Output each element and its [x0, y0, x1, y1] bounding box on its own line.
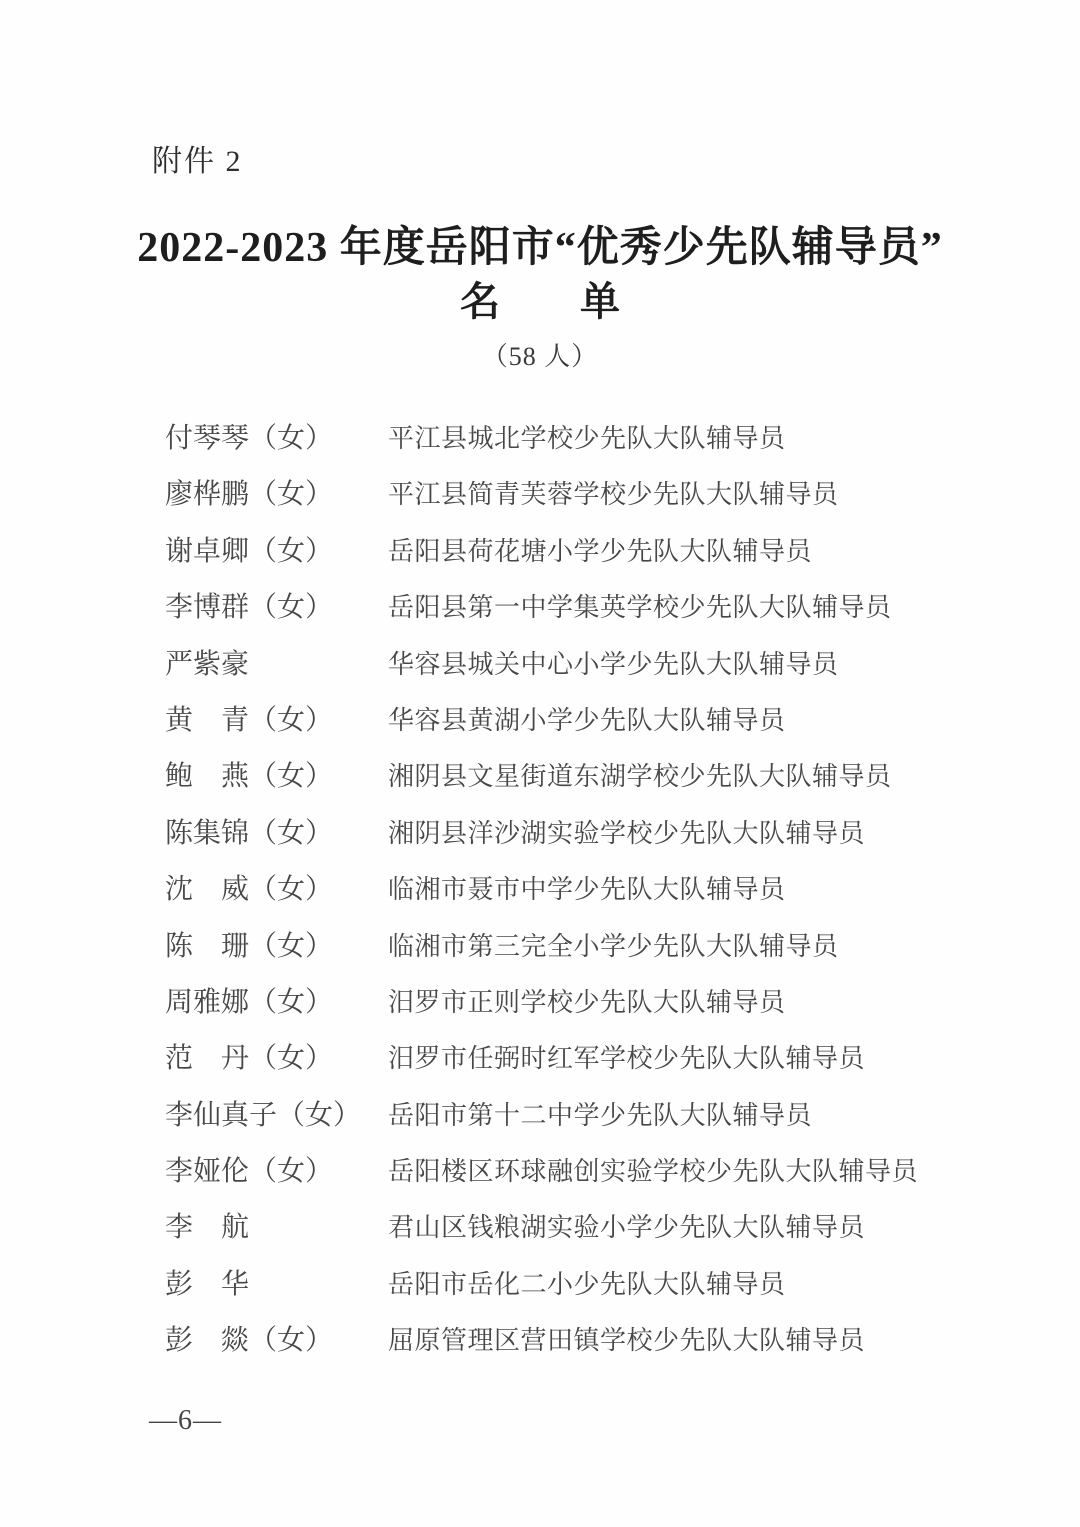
person-role: 汨罗市任弼时红军学校少先队大队辅导员 [388, 1031, 865, 1087]
list-item: 付琴琴（女）平江县城北学校少先队大队辅导员 [165, 411, 1040, 467]
document-page: 附件 2 2022-2023 年度岳阳市“优秀少先队辅导员” 名 单 （58 人… [0, 0, 1080, 1527]
person-name: 严紫豪 [165, 637, 388, 693]
list-item: 周雅娜（女）汨罗市正则学校少先队大队辅导员 [165, 975, 1040, 1031]
person-name: 李娅伦（女） [165, 1144, 388, 1200]
list-item: 陈集锦（女）湘阴县洋沙湖实验学校少先队大队辅导员 [165, 806, 1040, 862]
person-role: 华容县城关中心小学少先队大队辅导员 [388, 637, 839, 693]
person-name: 李仙真子（女） [165, 1088, 388, 1144]
list-item: 陈 珊（女）临湘市第三完全小学少先队大队辅导员 [165, 919, 1040, 975]
person-name: 范 丹（女） [165, 1031, 388, 1087]
roster-list: 付琴琴（女）平江县城北学校少先队大队辅导员廖桦鹏（女）平江县简青芙蓉学校少先队大… [165, 411, 1040, 1370]
person-role: 临湘市聂市中学少先队大队辅导员 [388, 862, 786, 918]
person-role: 岳阳县荷花塘小学少先队大队辅导员 [388, 524, 812, 580]
headcount-subtitle: （58 人） [0, 336, 1080, 373]
person-name: 廖桦鹏（女） [165, 467, 388, 523]
list-item: 李博群（女）岳阳县第一中学集英学校少先队大队辅导员 [165, 580, 1040, 636]
person-name: 鲍 燕（女） [165, 749, 388, 805]
person-role: 岳阳市第十二中学少先队大队辅导员 [388, 1088, 812, 1144]
person-name: 付琴琴（女） [165, 411, 388, 467]
person-name: 彭 华 [165, 1257, 388, 1313]
person-name: 陈集锦（女） [165, 806, 388, 862]
person-role: 临湘市第三完全小学少先队大队辅导员 [388, 919, 839, 975]
page-number: —6— [149, 1405, 222, 1437]
document-title: 2022-2023 年度岳阳市“优秀少先队辅导员” [0, 214, 1080, 274]
list-item: 严紫豪华容县城关中心小学少先队大队辅导员 [165, 637, 1040, 693]
list-item: 鲍 燕（女）湘阴县文星街道东湖学校少先队大队辅导员 [165, 749, 1040, 805]
person-name: 李博群（女） [165, 580, 388, 636]
attachment-label: 附件 2 [152, 136, 243, 180]
person-role: 湘阴县文星街道东湖学校少先队大队辅导员 [388, 749, 892, 805]
person-role: 岳阳县第一中学集英学校少先队大队辅导员 [388, 580, 892, 636]
person-name: 彭 燚（女） [165, 1313, 388, 1369]
person-role: 湘阴县洋沙湖实验学校少先队大队辅导员 [388, 806, 865, 862]
list-item: 彭 燚（女）屈原管理区营田镇学校少先队大队辅导员 [165, 1313, 1040, 1369]
person-name: 陈 珊（女） [165, 919, 388, 975]
list-item: 廖桦鹏（女）平江县简青芙蓉学校少先队大队辅导员 [165, 467, 1040, 523]
list-item: 李仙真子（女）岳阳市第十二中学少先队大队辅导员 [165, 1088, 1040, 1144]
list-item: 黄 青（女）华容县黄湖小学少先队大队辅导员 [165, 693, 1040, 749]
person-name: 李 航 [165, 1200, 388, 1256]
person-role: 岳阳楼区环球融创实验学校少先队大队辅导员 [388, 1144, 918, 1200]
person-name: 沈 威（女） [165, 862, 388, 918]
document-title-line2: 名 单 [0, 270, 1080, 327]
person-role: 汨罗市正则学校少先队大队辅导员 [388, 975, 786, 1031]
list-item: 彭 华岳阳市岳化二小少先队大队辅导员 [165, 1257, 1040, 1313]
person-name: 谢卓卿（女） [165, 524, 388, 580]
person-role: 屈原管理区营田镇学校少先队大队辅导员 [388, 1313, 865, 1369]
person-role: 平江县城北学校少先队大队辅导员 [388, 411, 786, 467]
list-item: 李 航君山区钱粮湖实验小学少先队大队辅导员 [165, 1200, 1040, 1256]
list-item: 谢卓卿（女）岳阳县荷花塘小学少先队大队辅导员 [165, 524, 1040, 580]
list-item: 李娅伦（女）岳阳楼区环球融创实验学校少先队大队辅导员 [165, 1144, 1040, 1200]
person-name: 周雅娜（女） [165, 975, 388, 1031]
person-role: 君山区钱粮湖实验小学少先队大队辅导员 [388, 1200, 865, 1256]
person-role: 岳阳市岳化二小少先队大队辅导员 [388, 1257, 786, 1313]
person-role: 平江县简青芙蓉学校少先队大队辅导员 [388, 467, 839, 523]
list-item: 沈 威（女）临湘市聂市中学少先队大队辅导员 [165, 862, 1040, 918]
list-item: 范 丹（女）汨罗市任弼时红军学校少先队大队辅导员 [165, 1031, 1040, 1087]
person-name: 黄 青（女） [165, 693, 388, 749]
person-role: 华容县黄湖小学少先队大队辅导员 [388, 693, 786, 749]
